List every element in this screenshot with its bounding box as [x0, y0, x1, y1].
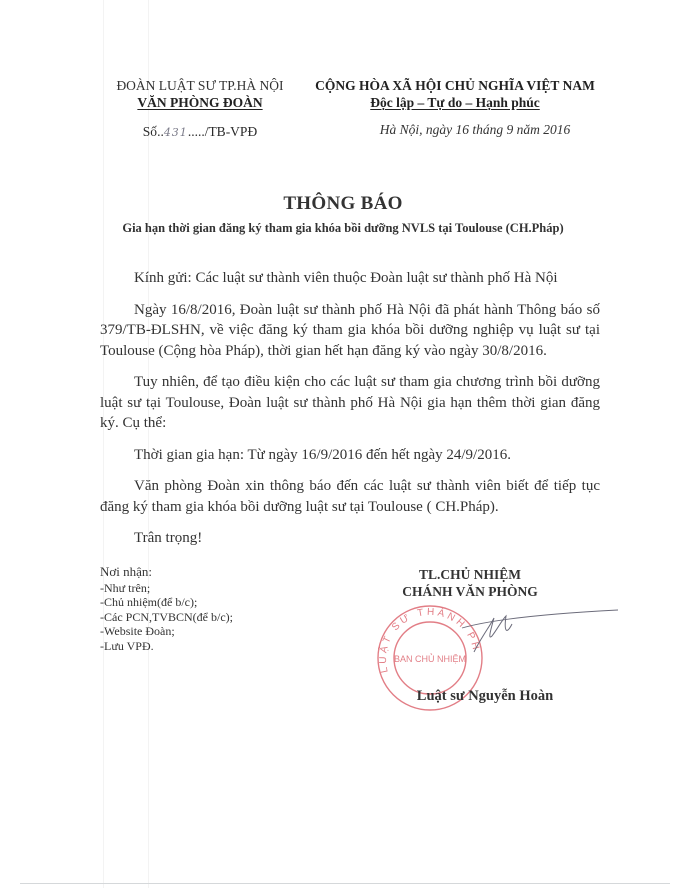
national-motto: Độc lập – Tự do – Hạnh phúc	[305, 94, 605, 111]
body-paragraph: Văn phòng Đoàn xin thông báo đến các luậ…	[100, 476, 600, 517]
signature-title: TL.CHỦ NHIỆM CHÁNH VĂN PHÒNG	[370, 566, 570, 600]
signature-line-1: TL.CHỦ NHIỆM	[370, 566, 570, 583]
number-prefix: Số	[143, 124, 157, 139]
recipient-item: -Chủ nhiệm(để b/c);	[100, 595, 320, 610]
page-bottom-edge	[20, 883, 670, 884]
document-number: Số..431...../TB-VPĐ	[100, 123, 300, 141]
body-paragraph: Tuy nhiên, để tạo điều kiện cho các luật…	[100, 372, 600, 434]
office-name: VĂN PHÒNG ĐOÀN	[100, 94, 300, 111]
body-paragraph: Ngày 16/8/2016, Đoàn luật sư thành phố H…	[100, 300, 600, 362]
salutation: Kính gửi: Các luật sư thành viên thuộc Đ…	[100, 268, 600, 289]
document-subtitle: Gia hạn thời gian đăng ký tham gia khóa …	[0, 221, 686, 236]
organization-name: ĐOÀN LUẬT SƯ TP.HÀ NỘI	[100, 77, 300, 94]
recipient-item: -Website Đoàn;	[100, 624, 320, 639]
date-line: Hà Nội, ngày 16 tháng 9 năm 2016	[330, 122, 620, 138]
recipient-item: -Như trên;	[100, 581, 320, 596]
number-handwritten: 431	[164, 126, 188, 139]
signature-line-2: CHÁNH VĂN PHÒNG	[370, 583, 570, 600]
number-dots: .....	[188, 124, 205, 139]
document-body: Kính gửi: Các luật sư thành viên thuộc Đ…	[100, 268, 600, 560]
nation-name: CỘNG HÒA XÃ HỘI CHỦ NGHĨA VIỆT NAM	[305, 77, 605, 94]
header-left: ĐOÀN LUẬT SƯ TP.HÀ NỘI VĂN PHÒNG ĐOÀN Số…	[100, 77, 300, 141]
recipient-item: -Lưu VPĐ.	[100, 639, 320, 654]
signer-name: Luật sư Nguyễn Hoàn	[380, 688, 590, 705]
body-paragraph: Thời gian gia hạn: Từ ngày 16/9/2016 đến…	[100, 445, 600, 466]
stamp-center-text: BAN CHỦ NHIỆM	[394, 653, 466, 664]
number-suffix: /TB-VPĐ	[205, 124, 258, 139]
recipients-label: Nơi nhận:	[100, 565, 320, 580]
closing: Trân trọng!	[100, 528, 600, 549]
recipient-item: -Các PCN,TVBCN(để b/c);	[100, 610, 320, 625]
number-dots: ..	[157, 124, 164, 139]
recipients-list: Nơi nhận: -Như trên; -Chủ nhiệm(để b/c);…	[100, 565, 320, 653]
handwritten-signature-icon	[460, 606, 620, 656]
document-title: THÔNG BÁO	[0, 193, 686, 215]
header-right: CỘNG HÒA XÃ HỘI CHỦ NGHĨA VIỆT NAM Độc l…	[305, 77, 605, 111]
